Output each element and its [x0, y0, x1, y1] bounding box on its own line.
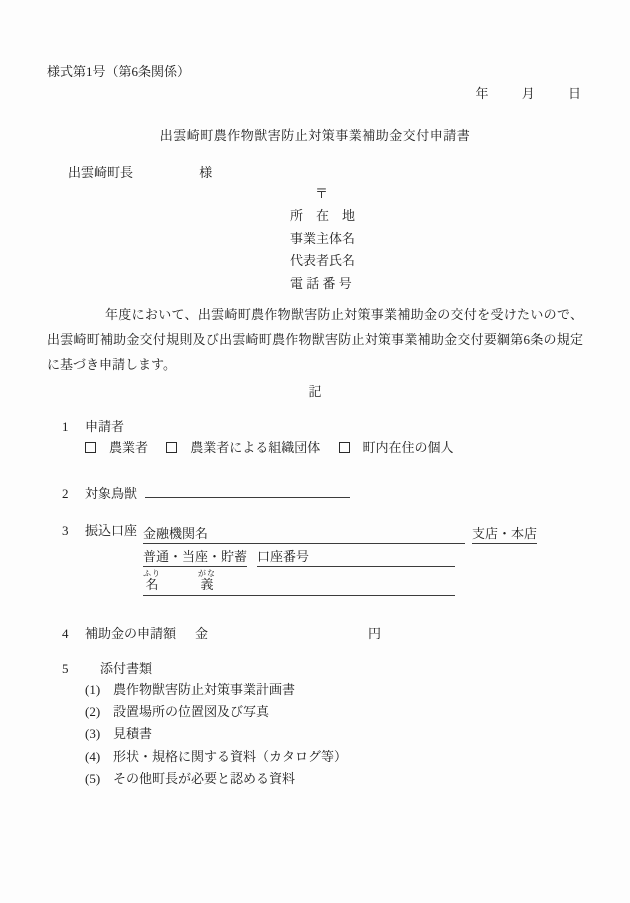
attachment-text: 農作物獣害防止対策事業計画書: [113, 682, 295, 697]
item-label: 添付書類: [100, 661, 152, 676]
addressee-line: 出雲崎町長 様: [47, 163, 583, 183]
representative-name-label: 代表者氏名: [290, 250, 450, 272]
date-line: 年 月 日: [47, 84, 583, 104]
item-target-wildlife: 2対象鳥獣: [47, 483, 583, 504]
phone-number-label: 電 話 番 号: [290, 273, 450, 295]
bank-name-row: 金融機関名 支店・本店: [143, 521, 537, 544]
item-number: 4: [62, 624, 85, 644]
attachment-text: 見積書: [113, 726, 152, 741]
attachment-number: (3): [85, 723, 113, 745]
holder-name-char1: 名ふり: [143, 577, 161, 592]
addressee-honorific: 様: [199, 165, 212, 180]
checkbox-icon: [166, 442, 177, 453]
attachment-number: (5): [85, 768, 113, 790]
attachment-text: その他町長が必要と認める資料: [113, 771, 295, 786]
attachment-row: (4)形状・規格に関する資料（カタログ等）: [85, 746, 583, 768]
currency-suffix: 円: [368, 626, 381, 641]
account-holder-row: 名ふり義がな: [143, 569, 455, 596]
option-label: 町内在住の個人: [363, 440, 454, 455]
attachment-row: (2)設置場所の位置図及び写真: [85, 701, 583, 723]
body-paragraph: 年度において、出雲崎町農作物獣害防止対策事業補助金の交付を受けたいので、出雲崎町…: [47, 302, 583, 377]
attachment-number: (2): [85, 701, 113, 723]
attachment-row: (3)見積書: [85, 723, 583, 745]
attachment-number: (1): [85, 679, 113, 701]
item-target-wildlife-head: 2対象鳥獣: [47, 483, 583, 504]
target-wildlife-blank: [145, 483, 350, 498]
option-label: 農業者: [109, 440, 148, 455]
option-town-resident: 町内在住の個人: [339, 440, 454, 455]
account-number-label: 口座番号: [257, 549, 309, 564]
item-attachments-head: 5添付書類: [47, 659, 583, 679]
account-type-label: 普通・当座・貯蓄: [143, 547, 247, 568]
item-number: 2: [62, 484, 85, 504]
furigana-text: がな: [198, 569, 216, 578]
date-day-label: 日: [568, 86, 581, 101]
attachment-text: 形状・規格に関する資料（カタログ等）: [113, 749, 347, 764]
item-number: 3: [62, 521, 85, 541]
item-subsidy-amount: 4補助金の申請額金円: [47, 624, 583, 644]
branch-label: 支店・本店: [472, 524, 537, 545]
option-farmer-organization: 農業者による組織団体: [166, 440, 320, 455]
item-label: 補助金の申請額: [85, 626, 176, 641]
applicant-block: 〒 所 在 地 事業主体名 代表者氏名 電 話 番 号: [290, 183, 450, 295]
item-subsidy-amount-head: 4補助金の申請額金円: [47, 624, 583, 644]
account-number-row: 普通・当座・貯蓄 口座番号: [143, 544, 537, 567]
item-number: 5: [62, 659, 100, 679]
furigana-text: ふり: [143, 569, 161, 578]
item-label: 振込口座: [85, 523, 137, 538]
applicant-type-options: 農業者 農業者による組織団体 町内在住の個人: [85, 438, 583, 458]
option-label: 農業者による組織団体: [190, 440, 320, 455]
form-number: 様式第1号（第6条関係）: [47, 62, 583, 82]
item-applicant: 1申請者 農業者 農業者による組織団体 町内在住の個人: [47, 417, 583, 458]
attachment-list: (1)農作物獣害防止対策事業計画書 (2)設置場所の位置図及び写真 (3)見積書…: [85, 679, 583, 791]
item-attachments: 5添付書類 (1)農作物獣害防止対策事業計画書 (2)設置場所の位置図及び写真 …: [47, 659, 583, 791]
entity-name-label: 事業主体名: [290, 228, 450, 250]
option-farmer: 農業者: [85, 440, 148, 455]
bank-account-fields: 金融機関名 支店・本店 普通・当座・貯蓄 口座番号 名ふり義がな: [143, 521, 537, 596]
item-number: 1: [62, 417, 85, 437]
item-label: 対象鳥獣: [85, 486, 137, 501]
attachment-row: (5)その他町長が必要と認める資料: [85, 768, 583, 790]
addressee-name: 出雲崎町長: [68, 165, 133, 180]
bank-name-label: 金融機関名: [143, 526, 208, 541]
application-form-page: 様式第1号（第6条関係） 年 月 日 出雲崎町農作物獣害防止対策事業補助金交付申…: [0, 0, 630, 903]
attachment-row: (1)農作物獣害防止対策事業計画書: [85, 679, 583, 701]
item-bank-account-head: 3振込口座: [47, 521, 143, 596]
document-title: 出雲崎町農作物獣害防止対策事業補助金交付申請書: [47, 126, 583, 146]
attachment-text: 設置場所の位置図及び写真: [113, 704, 269, 719]
attachment-number: (4): [85, 746, 113, 768]
checkbox-icon: [85, 442, 96, 453]
item-bank-account: 3振込口座 金融機関名 支店・本店 普通・当座・貯蓄 口座番号 名ふり義がな: [47, 521, 583, 596]
postal-mark: 〒: [290, 183, 450, 205]
holder-name-char2: 義がな: [198, 577, 216, 592]
currency-prefix: 金: [195, 626, 208, 641]
account-number-blank: 口座番号: [257, 547, 455, 568]
checkbox-icon: [339, 442, 350, 453]
address-label: 所 在 地: [290, 205, 450, 227]
date-year-label: 年: [475, 86, 488, 101]
date-month-label: 月: [522, 86, 535, 101]
bank-name-blank: 金融機関名: [143, 524, 465, 545]
ki-heading: 記: [47, 382, 583, 402]
item-applicant-head: 1申請者: [47, 417, 583, 437]
item-label: 申請者: [85, 419, 124, 434]
